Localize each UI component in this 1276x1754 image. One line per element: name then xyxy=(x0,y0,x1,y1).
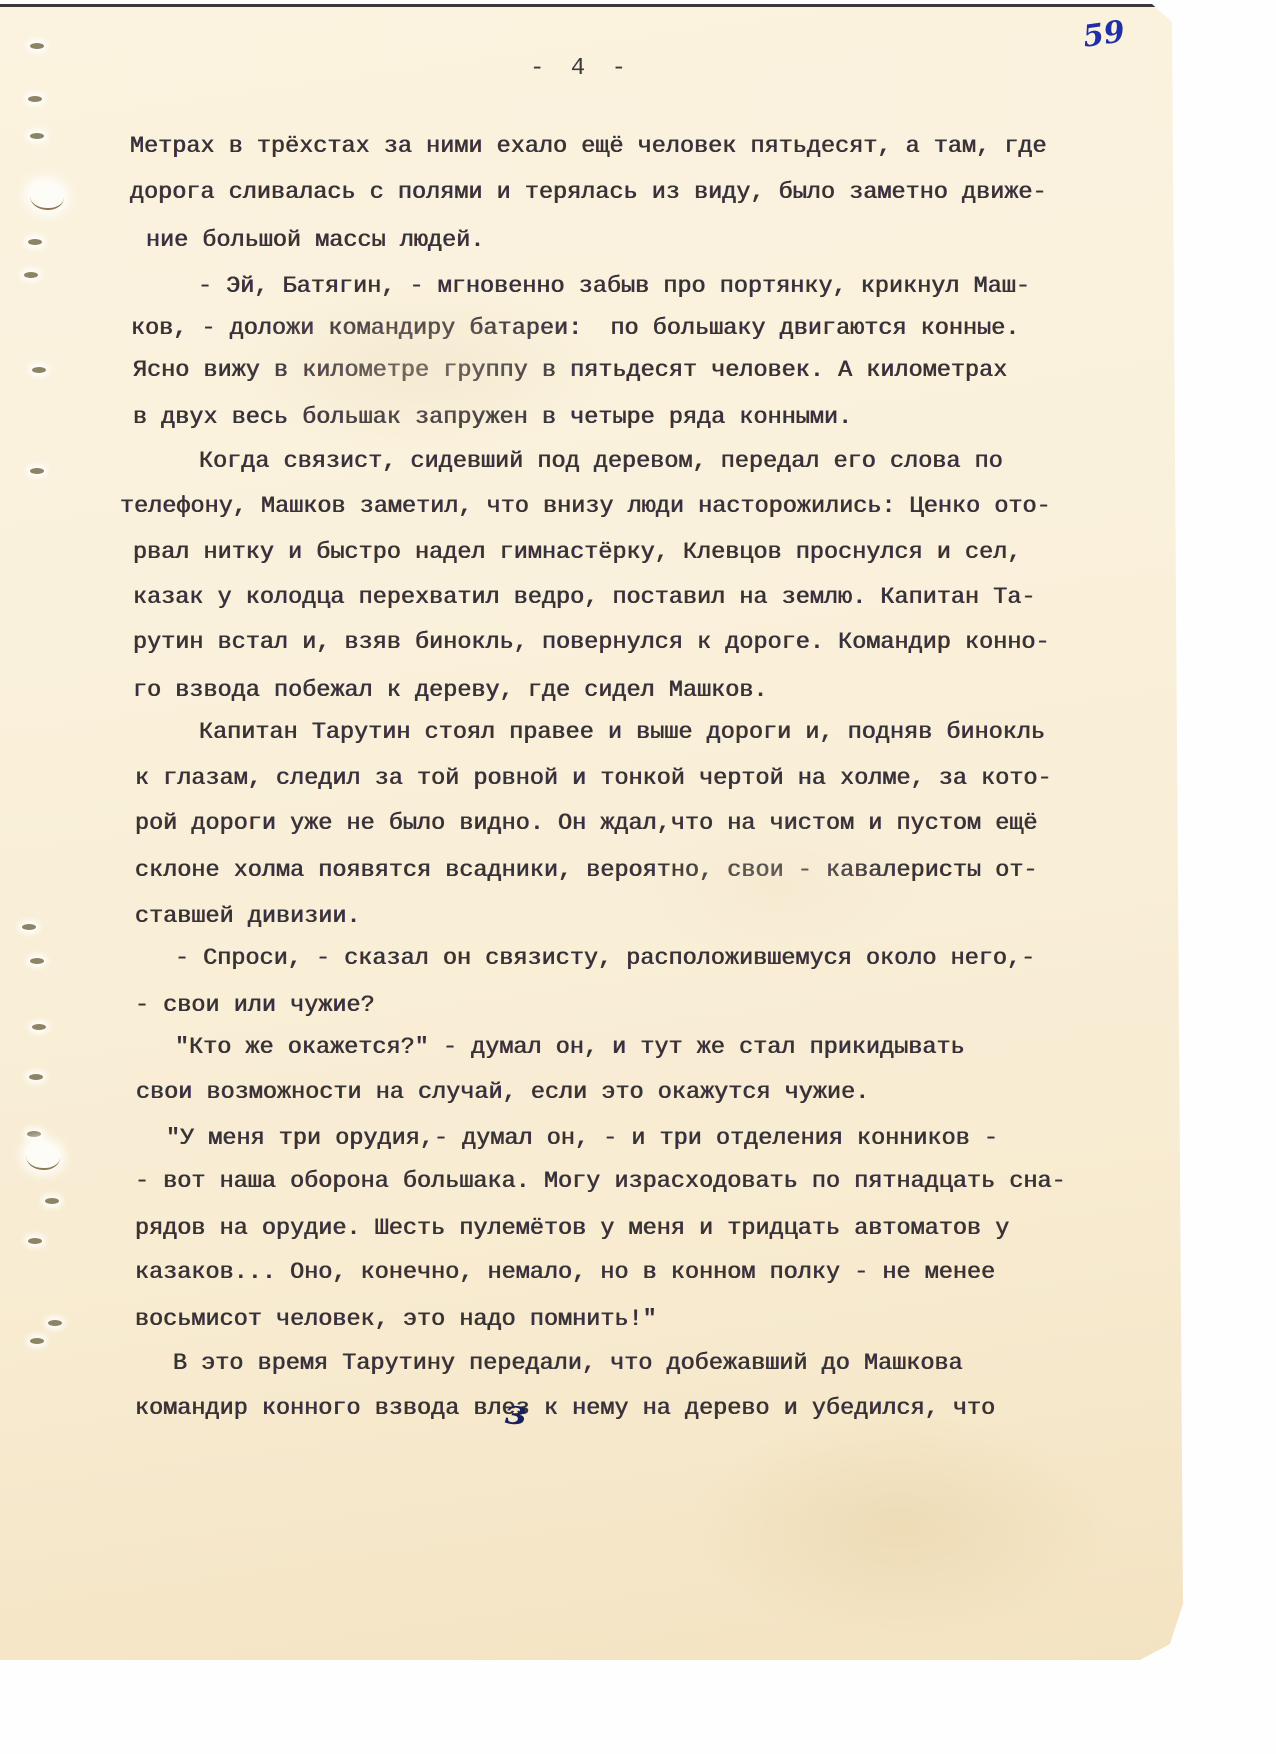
text-line: "У меня три орудия,- думал он, - и три о… xyxy=(166,1127,998,1151)
torn-punch-hole xyxy=(30,182,64,210)
text-line: к глазам, следил за той ровной и тонкой … xyxy=(135,767,1052,791)
text-line: в двух весь большак запружен в четыре ря… xyxy=(133,406,852,430)
text-line: телефону, Машков заметил, что внизу люди… xyxy=(120,495,1051,519)
punch-hole xyxy=(28,96,42,102)
text-line: ние большой массы людей. xyxy=(146,229,484,253)
text-line: дорога сливалась с полями и терялась из … xyxy=(130,181,1047,205)
text-line: рвал нитку и быстро надел гимнастёрку, К… xyxy=(133,541,1021,565)
text-line: рядов на орудие. Шесть пулемётов у меня … xyxy=(135,1217,1009,1241)
text-line: "Кто же окажется?" - думал он, и тут же … xyxy=(175,1036,965,1060)
punch-hole xyxy=(29,1074,43,1080)
typewritten-page: 59 - 4 - Метрах в трёхстах за ними ехало… xyxy=(0,4,1183,1663)
text-line: Ясно вижу в километре группу в пятьдесят… xyxy=(133,359,1007,383)
text-line: рутин встал и, взяв бинокль, повернулся … xyxy=(133,631,1050,655)
punch-hole xyxy=(28,1238,42,1244)
text-line: рой дороги уже не было видно. Он ждал,чт… xyxy=(135,812,1038,836)
page-number: - 4 - xyxy=(530,55,632,82)
handwritten-correction: з xyxy=(503,1392,529,1434)
text-line: В это время Тарутину передали, что добеж… xyxy=(173,1352,963,1376)
punch-hole xyxy=(30,1338,44,1344)
punch-hole xyxy=(45,1198,59,1204)
text-line: командир конного взвода влез к нему на д… xyxy=(135,1397,995,1421)
punch-hole xyxy=(30,958,44,964)
punch-hole xyxy=(32,1024,46,1030)
punch-hole xyxy=(28,239,42,245)
text-line: ков, - доложи командиру батареи: по боль… xyxy=(131,317,1019,341)
punch-hole xyxy=(48,1320,62,1326)
text-line: казак у колодца перехватил ведро, постав… xyxy=(133,586,1036,610)
text-line: - Спроси, - сказал он связисту, располож… xyxy=(175,947,1035,971)
punch-hole xyxy=(27,1131,41,1137)
text-line: Когда связист, сидевший под деревом, пер… xyxy=(199,450,1003,474)
punch-hole xyxy=(22,924,36,930)
text-line: ставшей дивизии. xyxy=(135,905,361,929)
punch-hole xyxy=(30,43,44,49)
text-line: свои возможности на случай, если это ока… xyxy=(136,1081,869,1105)
text-line: казаков... Оно, конечно, немало, но в ко… xyxy=(135,1261,995,1285)
punch-hole xyxy=(24,272,38,278)
text-line: Капитан Тарутин стоял правее и выше доро… xyxy=(199,721,1045,745)
punch-hole xyxy=(32,367,46,373)
text-line: склоне холма появятся всадники, вероятно… xyxy=(135,859,1038,883)
text-line: - Эй, Батягин, - мгновенно забыв про пор… xyxy=(198,275,1030,299)
torn-punch-hole xyxy=(26,1142,60,1170)
handwritten-folio-number: 59 xyxy=(1081,14,1127,54)
text-line: восьмисот человек, это надо помнить!" xyxy=(135,1308,657,1332)
text-line: - вот наша оборона большака. Могу израсх… xyxy=(135,1170,1066,1194)
punch-hole xyxy=(30,468,44,474)
text-line: Метрах в трёхстах за ними ехало ещё чело… xyxy=(130,135,1047,159)
text-line: го взвода побежал к дереву, где сидел Ма… xyxy=(133,679,768,703)
scanner-bed: 59 - 4 - Метрах в трёхстах за ними ехало… xyxy=(0,0,1276,1754)
text-line: - свои или чужие? xyxy=(135,994,375,1018)
punch-hole xyxy=(30,133,44,139)
